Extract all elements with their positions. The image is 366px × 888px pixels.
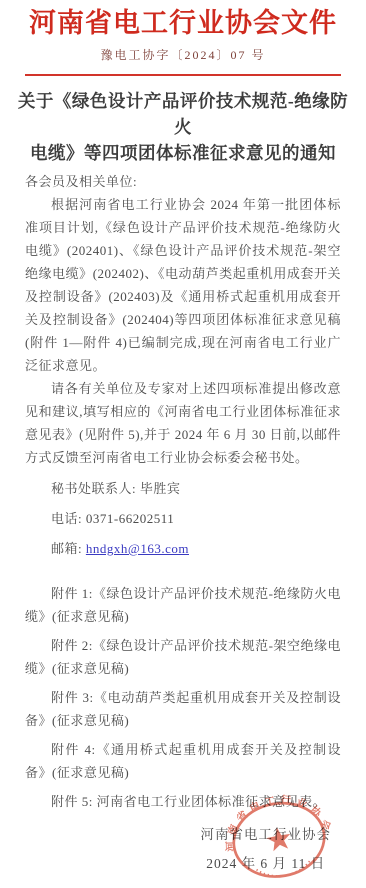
notice-title: 关于《绿色设计产品评价技术规范-绝缘防火 电缆》等四项团体标准征求意见的通知 [14, 88, 352, 166]
doc-number: 豫电工协字〔2024〕07 号 [0, 48, 366, 63]
contact-phone-label: 电话: [51, 511, 82, 526]
signature-date: 2024 年 6 月 11 日 [201, 849, 332, 878]
contact-person-line: 秘书处联系人: 毕胜宾 [51, 477, 341, 500]
org-banner-title: 河南省电工行业协会文件 [0, 7, 366, 40]
signature-block: 河南省电工行业协会 2024 年 6 月 11 日 [201, 820, 332, 878]
attachment-item-5: 附件 5: 河南省电工行业团体标准征求意见表。 [25, 790, 341, 813]
contact-person-name: 毕胜宾 [140, 481, 181, 496]
contact-email-label: 邮箱: [51, 541, 82, 556]
contact-person-label: 秘书处联系人: [51, 481, 136, 496]
attachment-item-1: 附件 1:《绿色设计产品评价技术规范-绝缘防火电缆》(征求意见稿) [25, 582, 341, 628]
attachment-item-2: 附件 2:《绿色设计产品评价技术规范-架空绝缘电缆》(征求意见稿) [25, 634, 341, 680]
notice-body: 各会员及相关单位: 根据河南省电工行业协会 2024 年第一批团体标准项目计划,… [25, 170, 341, 469]
document-page: 河南省电工行业协会文件 豫电工协字〔2024〕07 号 关于《绿色设计产品评价技… [0, 0, 366, 888]
contact-phone-line: 电话: 0371-66202511 [51, 507, 341, 530]
contact-phone-number: 0371-66202511 [86, 511, 174, 526]
paragraph-1: 根据河南省电工行业协会 2024 年第一批团体标准项目计划,《绿色设计产品评价技… [25, 193, 341, 377]
attachment-item-4: 附件 4:《通用桥式起重机用成套开关及控制设备》(征求意见稿) [25, 738, 341, 784]
attachments-list: 附件 1:《绿色设计产品评价技术规范-绝缘防火电缆》(征求意见稿) 附件 2:《… [25, 582, 341, 813]
salutation: 各会员及相关单位: [25, 170, 341, 193]
email-link[interactable]: hndgxh@163.com [86, 541, 189, 556]
signature-org: 河南省电工行业协会 [201, 820, 332, 849]
header-divider-rule [25, 74, 341, 76]
paragraph-2: 请各有关单位及专家对上述四项标准提出修改意见和建议,填写相应的《河南省电工行业团… [25, 377, 341, 469]
attachment-item-3: 附件 3:《电动葫芦类起重机用成套开关及控制设备》(征求意见稿) [25, 686, 341, 732]
notice-title-line1: 关于《绿色设计产品评价技术规范-绝缘防火 [14, 88, 352, 140]
notice-title-line2: 电缆》等四项团体标准征求意见的通知 [14, 140, 352, 166]
contact-block: 秘书处联系人: 毕胜宾 电话: 0371-66202511 邮箱: hndgxh… [25, 477, 341, 560]
contact-email-line: 邮箱: hndgxh@163.com [51, 537, 341, 560]
